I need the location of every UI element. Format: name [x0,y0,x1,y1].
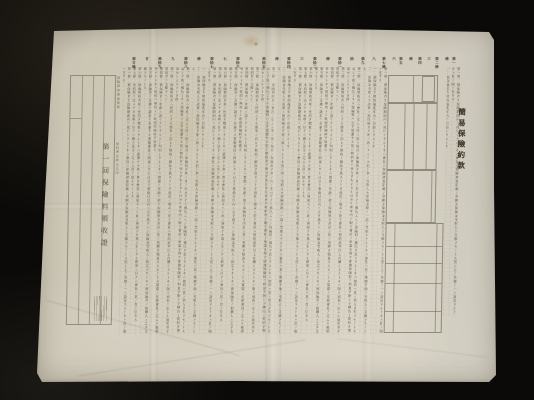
section-header-mark: 第二條 [435,57,440,69]
side-title: 簡易保險約款 [455,108,467,172]
paper-sheet: 第一回保險料領收證 保險證券番號第號 契約者住所氏名印 第一條 被保險者カ保險期… [37,27,497,382]
table-rule [431,171,433,222]
section-header-mark: 三 [300,57,305,61]
table-rule [412,171,414,222]
section-header-mark: 六 [249,57,254,61]
section-header-mark: 第廿條 [132,57,137,69]
table-rule [413,104,415,169]
section-header-mark: 九 [171,57,176,61]
table-rule [386,246,442,247]
body-text-main: 第一條 被保險者カ保險期間内ニ死亡シタルトキハ會社ハ保險證券記載ノ金額ヲ保險金受… [119,67,388,335]
section-header-mark: 第四 [418,57,423,65]
photo-background: 第一回保險料領收證 保險證券番號第號 契約者住所氏名印 第一條 被保險者カ保險期… [0,0,534,400]
section-header-mark: 六 [392,57,397,61]
section-header-mark: 第拾四 [287,57,292,69]
section-header-mark: 條 [275,57,280,61]
section-header-mark: 第五 [399,57,404,65]
section-header-mark: 八 [372,57,377,61]
section-header-mark: 第拾九 [158,57,163,69]
section-header-mark: 第拾五 [262,57,267,69]
document-content: 第一回保險料領收證 保險證券番號第號 契約者住所氏名印 第一條 被保險者カ保險期… [31,27,497,382]
section-header-mark: 拾 [350,57,355,61]
receipt-label: 第一回保險料領收證 [99,143,111,251]
table-sub-box [422,76,435,102]
form-box-divider [70,118,81,119]
table-rule [393,224,396,332]
section-header-mark: 條 [445,57,450,61]
table-rule [413,76,414,102]
table-rule [404,104,406,169]
section-header-mark: 第拾一 [338,57,343,69]
table-rule [386,263,442,264]
section-header-mark: 七 [223,57,228,61]
form-box-hatch-lines [94,296,107,321]
form-box-rule [78,76,83,324]
section-header-mark: 第拾七 [210,57,215,69]
form-box-rule [89,76,94,324]
table-lower [386,170,437,223]
table-rule [385,311,441,312]
section-header-mark: 三 [427,57,432,61]
section-header-mark: 第拾二 [313,57,318,69]
table-middle [387,103,438,170]
section-header-mark: 第九 [361,57,366,65]
section-header-mark: 第拾六 [236,57,241,69]
section-header-mark: 廿 [145,57,150,61]
form-small-label-top: 保險證券番號第號 [116,76,122,110]
table-rule [426,104,428,169]
section-header-marks: 第一條第二條三第四條第五六第七條八第九拾第拾一條第拾二三第拾四條第拾五六第拾六七… [36,57,496,73]
rate-tables: 保險金額金壹百圓 月掛保險料 特約 年齡拾五歲以上 拂込期間 金五拾圓 保險金額… [384,75,447,333]
section-header-mark: 第一 [452,57,457,65]
table-grid [384,223,444,333]
section-header-mark: 條 [197,57,202,61]
table-rule [435,224,438,332]
form-small-label-mid: 契約者住所氏名印 [114,142,120,176]
table-top [388,75,438,103]
table-rule [386,283,442,284]
section-header-mark: 條 [409,57,414,61]
section-header-mark: 第七條 [382,57,387,69]
section-header-mark: 第拾八 [184,57,189,69]
section-header-mark: 條 [326,57,331,61]
